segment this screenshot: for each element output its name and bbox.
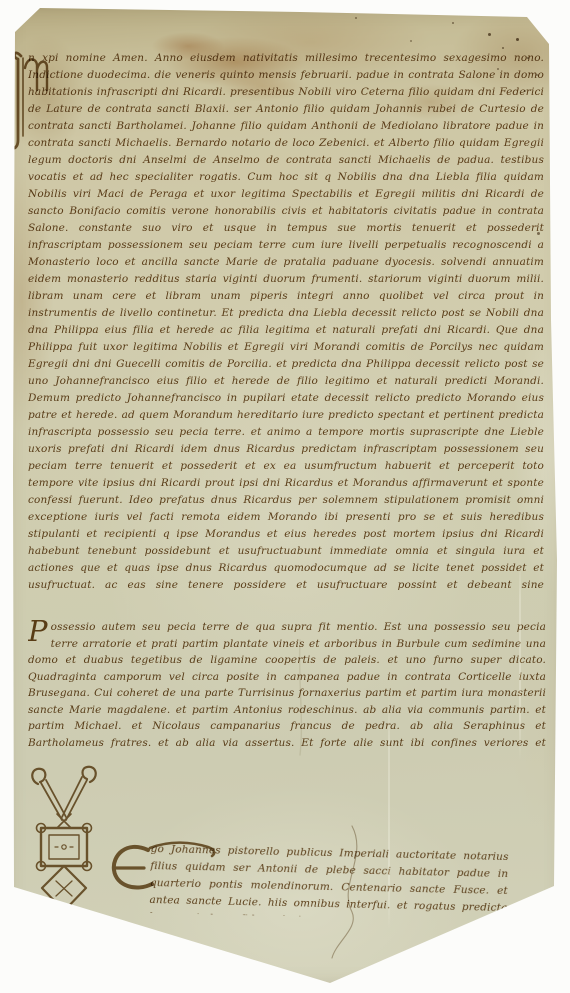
ink-speck <box>540 30 542 32</box>
ink-speck <box>516 38 519 41</box>
ink-speck <box>537 232 540 235</box>
ink-speck <box>527 57 529 59</box>
ink-speck <box>355 17 357 19</box>
ink-speck <box>536 74 538 76</box>
fold-line <box>519 560 521 760</box>
ink-speck <box>410 40 412 42</box>
ink-speck <box>502 47 504 49</box>
ink-speck <box>497 68 499 70</box>
photo-background: n xpi nomine Amen. Anno eiusdem nativita… <box>0 0 570 993</box>
ink-speck <box>452 22 454 24</box>
ink-speck <box>524 90 526 92</box>
ink-speck <box>488 33 491 36</box>
crease-line <box>0 0 570 993</box>
fold-line <box>388 700 390 930</box>
parchment-document: n xpi nomine Amen. Anno eiusdem nativita… <box>0 0 570 993</box>
